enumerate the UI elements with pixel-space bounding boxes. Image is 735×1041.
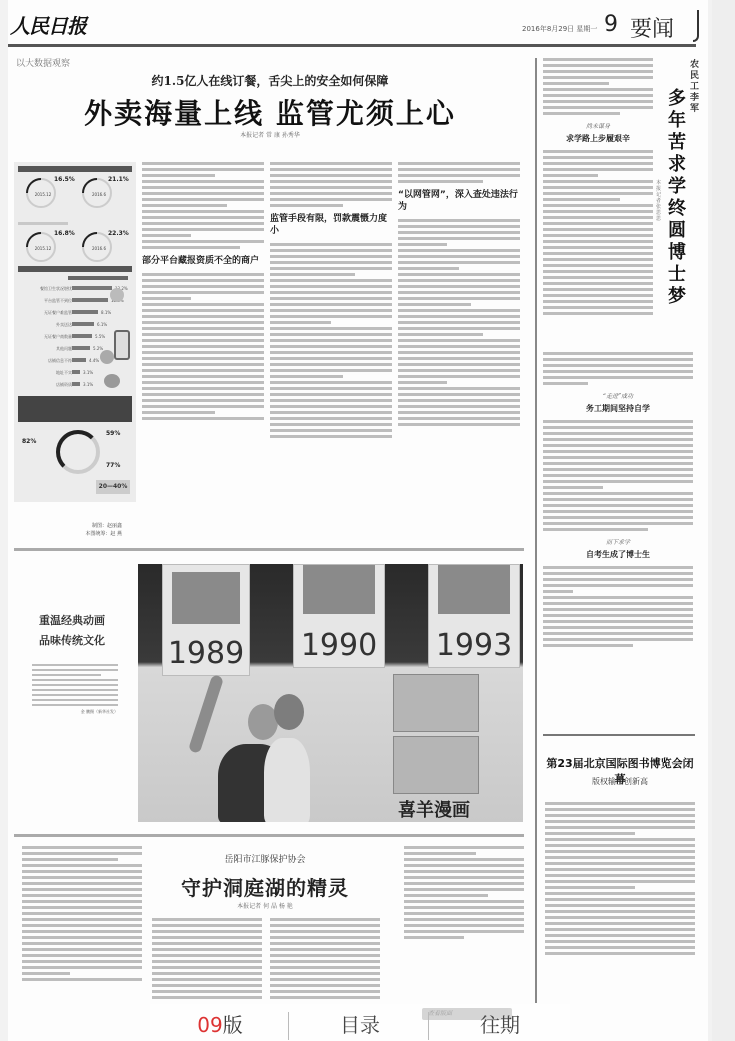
graphic-credit-2: 本图统筹：赵 燕 [62, 530, 122, 537]
poster-1989: 1989 [162, 564, 250, 676]
section-kicker-1: 尚未谋身 [543, 121, 653, 130]
section-divider-2 [14, 834, 524, 837]
burger-icon [104, 374, 120, 388]
photo-credit: 金 鹏摄（新华社发） [32, 709, 118, 715]
raised-arm [188, 674, 224, 754]
ring-pct-3: 16.8% [54, 230, 75, 237]
section-head-3: “以网管网”，深入查处违法行为 [398, 189, 520, 213]
book-fair-subtitle: 版权输出创新高 [545, 776, 695, 787]
clock-icon [110, 288, 124, 302]
bar-row: 外卖送达6.1% [18, 322, 132, 327]
issue-date: 2016年8月29日 星期一 [522, 24, 597, 34]
poster-1993: 1993 [428, 564, 520, 668]
donut-chart [56, 430, 100, 474]
nav-divider [428, 1012, 429, 1040]
section-head-2: 监管手段有限，罚款震慑力度小 [270, 213, 392, 237]
lead-subhead[interactable]: 约1.5亿人在线订餐，舌尖上的安全如何保障 [10, 72, 530, 89]
phone-icon [114, 330, 130, 360]
ring-pct-4: 22.3% [108, 230, 129, 237]
bar-row-top [18, 276, 132, 281]
bottom-byline: 本报记者 何 晶 杨 艳 [150, 901, 380, 910]
page-nav-bar: 查看版面 09版 目录 往期 [150, 1004, 570, 1041]
bottom-column-2[interactable] [152, 918, 262, 1002]
bottom-headline[interactable]: 守护洞庭湖的精灵 [150, 872, 380, 901]
book-fair-text[interactable] [545, 802, 695, 958]
page-number: 9 [604, 12, 618, 37]
feature-photo[interactable]: 1989 1990 1993 喜羊漫画 [138, 564, 523, 822]
donut-pct-3: 77% [106, 462, 120, 469]
lead-kicker: 以大数据观察 [16, 56, 70, 69]
scooter-icon [100, 350, 114, 364]
right-vertical-kicker: 农民工李军 [690, 60, 700, 115]
past-issues-button[interactable]: 往期 [440, 1010, 560, 1040]
feature-title-2: 品味传统文化 [22, 632, 122, 648]
feature-title-1: 重温经典动画 [22, 612, 122, 628]
lead-column-3[interactable]: “以网管网”，深入查处违法行为 [398, 162, 520, 429]
section-head-r3: 自考生成了博士生 [543, 549, 693, 560]
scroll-gutter [712, 0, 735, 1041]
infographic[interactable]: 2015.12 16.5% 2016.6 21.1% 2015.12 16.8%… [14, 162, 136, 502]
infographic-header-bar [18, 166, 132, 172]
masthead: 人民日报 2016年8月29日 星期一 9 要闻 [6, 6, 696, 42]
lead-column-2[interactable]: 监管手段有限，罚款震慑力度小 [270, 162, 392, 441]
section-head-1: 部分平台藏报资质不全的商户 [142, 255, 264, 267]
lead-byline: 本报记者 常 康 孙秀华 [10, 130, 530, 139]
nav-divider [288, 1012, 289, 1040]
calligraphy-text: 喜羊漫画 [398, 796, 470, 822]
table-of-contents-button[interactable]: 目录 [300, 1010, 420, 1040]
poster-1990: 1990 [293, 564, 385, 668]
graphic-credit-1: 制图：赵丽鑫 [62, 522, 122, 529]
section-head-r2: 务工期间坚持自学 [543, 403, 693, 414]
newspaper-logo: 人民日报 [10, 10, 86, 39]
right-column-text-top[interactable]: 尚未谋身 求学路上步履艰辛 [543, 58, 653, 318]
bar-row: 无证餐户难监管8.1% [18, 310, 132, 315]
bottom-column-3[interactable] [270, 918, 380, 1002]
section-kicker-3: 而下求学 [543, 537, 693, 546]
right-divider [543, 734, 695, 736]
feature-caption: 金 鹏摄（新华社发） [32, 664, 118, 715]
masthead-rule [8, 44, 696, 47]
percentage-badge: 20—40% [96, 480, 130, 494]
section-head-r1: 求学路上步履艰辛 [543, 133, 653, 144]
ring-pct-1: 16.5% [54, 176, 75, 183]
column-divider [535, 58, 537, 1003]
right-column-text-bottom[interactable]: “走进”成功 务工期间坚持自学 而下求学 自考生成了博士生 [543, 352, 693, 650]
bottom-kicker: 岳阳市江豚保护协会 [150, 852, 380, 865]
edition-button[interactable]: 09版 [160, 1010, 280, 1040]
lead-column-1[interactable]: 部分平台藏报资质不全的商户 [142, 162, 264, 423]
infographic-callout-box [18, 396, 132, 422]
bottom-column-1[interactable] [22, 846, 142, 984]
child-head [274, 694, 304, 730]
masthead-bracket [693, 10, 699, 42]
section-kicker-2: “走进”成功 [543, 391, 693, 400]
comic-panel-2 [393, 736, 479, 794]
right-vertical-byline: 本报记者 张思思 [656, 180, 662, 222]
donut-pct-1: 82% [22, 438, 36, 445]
ring-chart-1: 2015.12 [26, 178, 56, 208]
infographic-note [18, 222, 68, 225]
ring-pct-2: 21.1% [108, 176, 129, 183]
infographic-section-bar [18, 266, 132, 272]
right-vertical-title[interactable]: 多年苦求学 终圆博士梦 [668, 88, 688, 308]
lead-headline[interactable]: 外卖海量上线 监管尤须上心 [10, 92, 530, 132]
bottom-column-4[interactable] [404, 846, 524, 942]
ring-chart-3: 2015.12 [26, 232, 56, 262]
child-figure [264, 738, 310, 822]
section-name: 要闻 [630, 12, 674, 43]
donut-pct-2: 59% [106, 430, 120, 437]
section-divider [14, 548, 524, 551]
comic-panel-1 [393, 674, 479, 732]
